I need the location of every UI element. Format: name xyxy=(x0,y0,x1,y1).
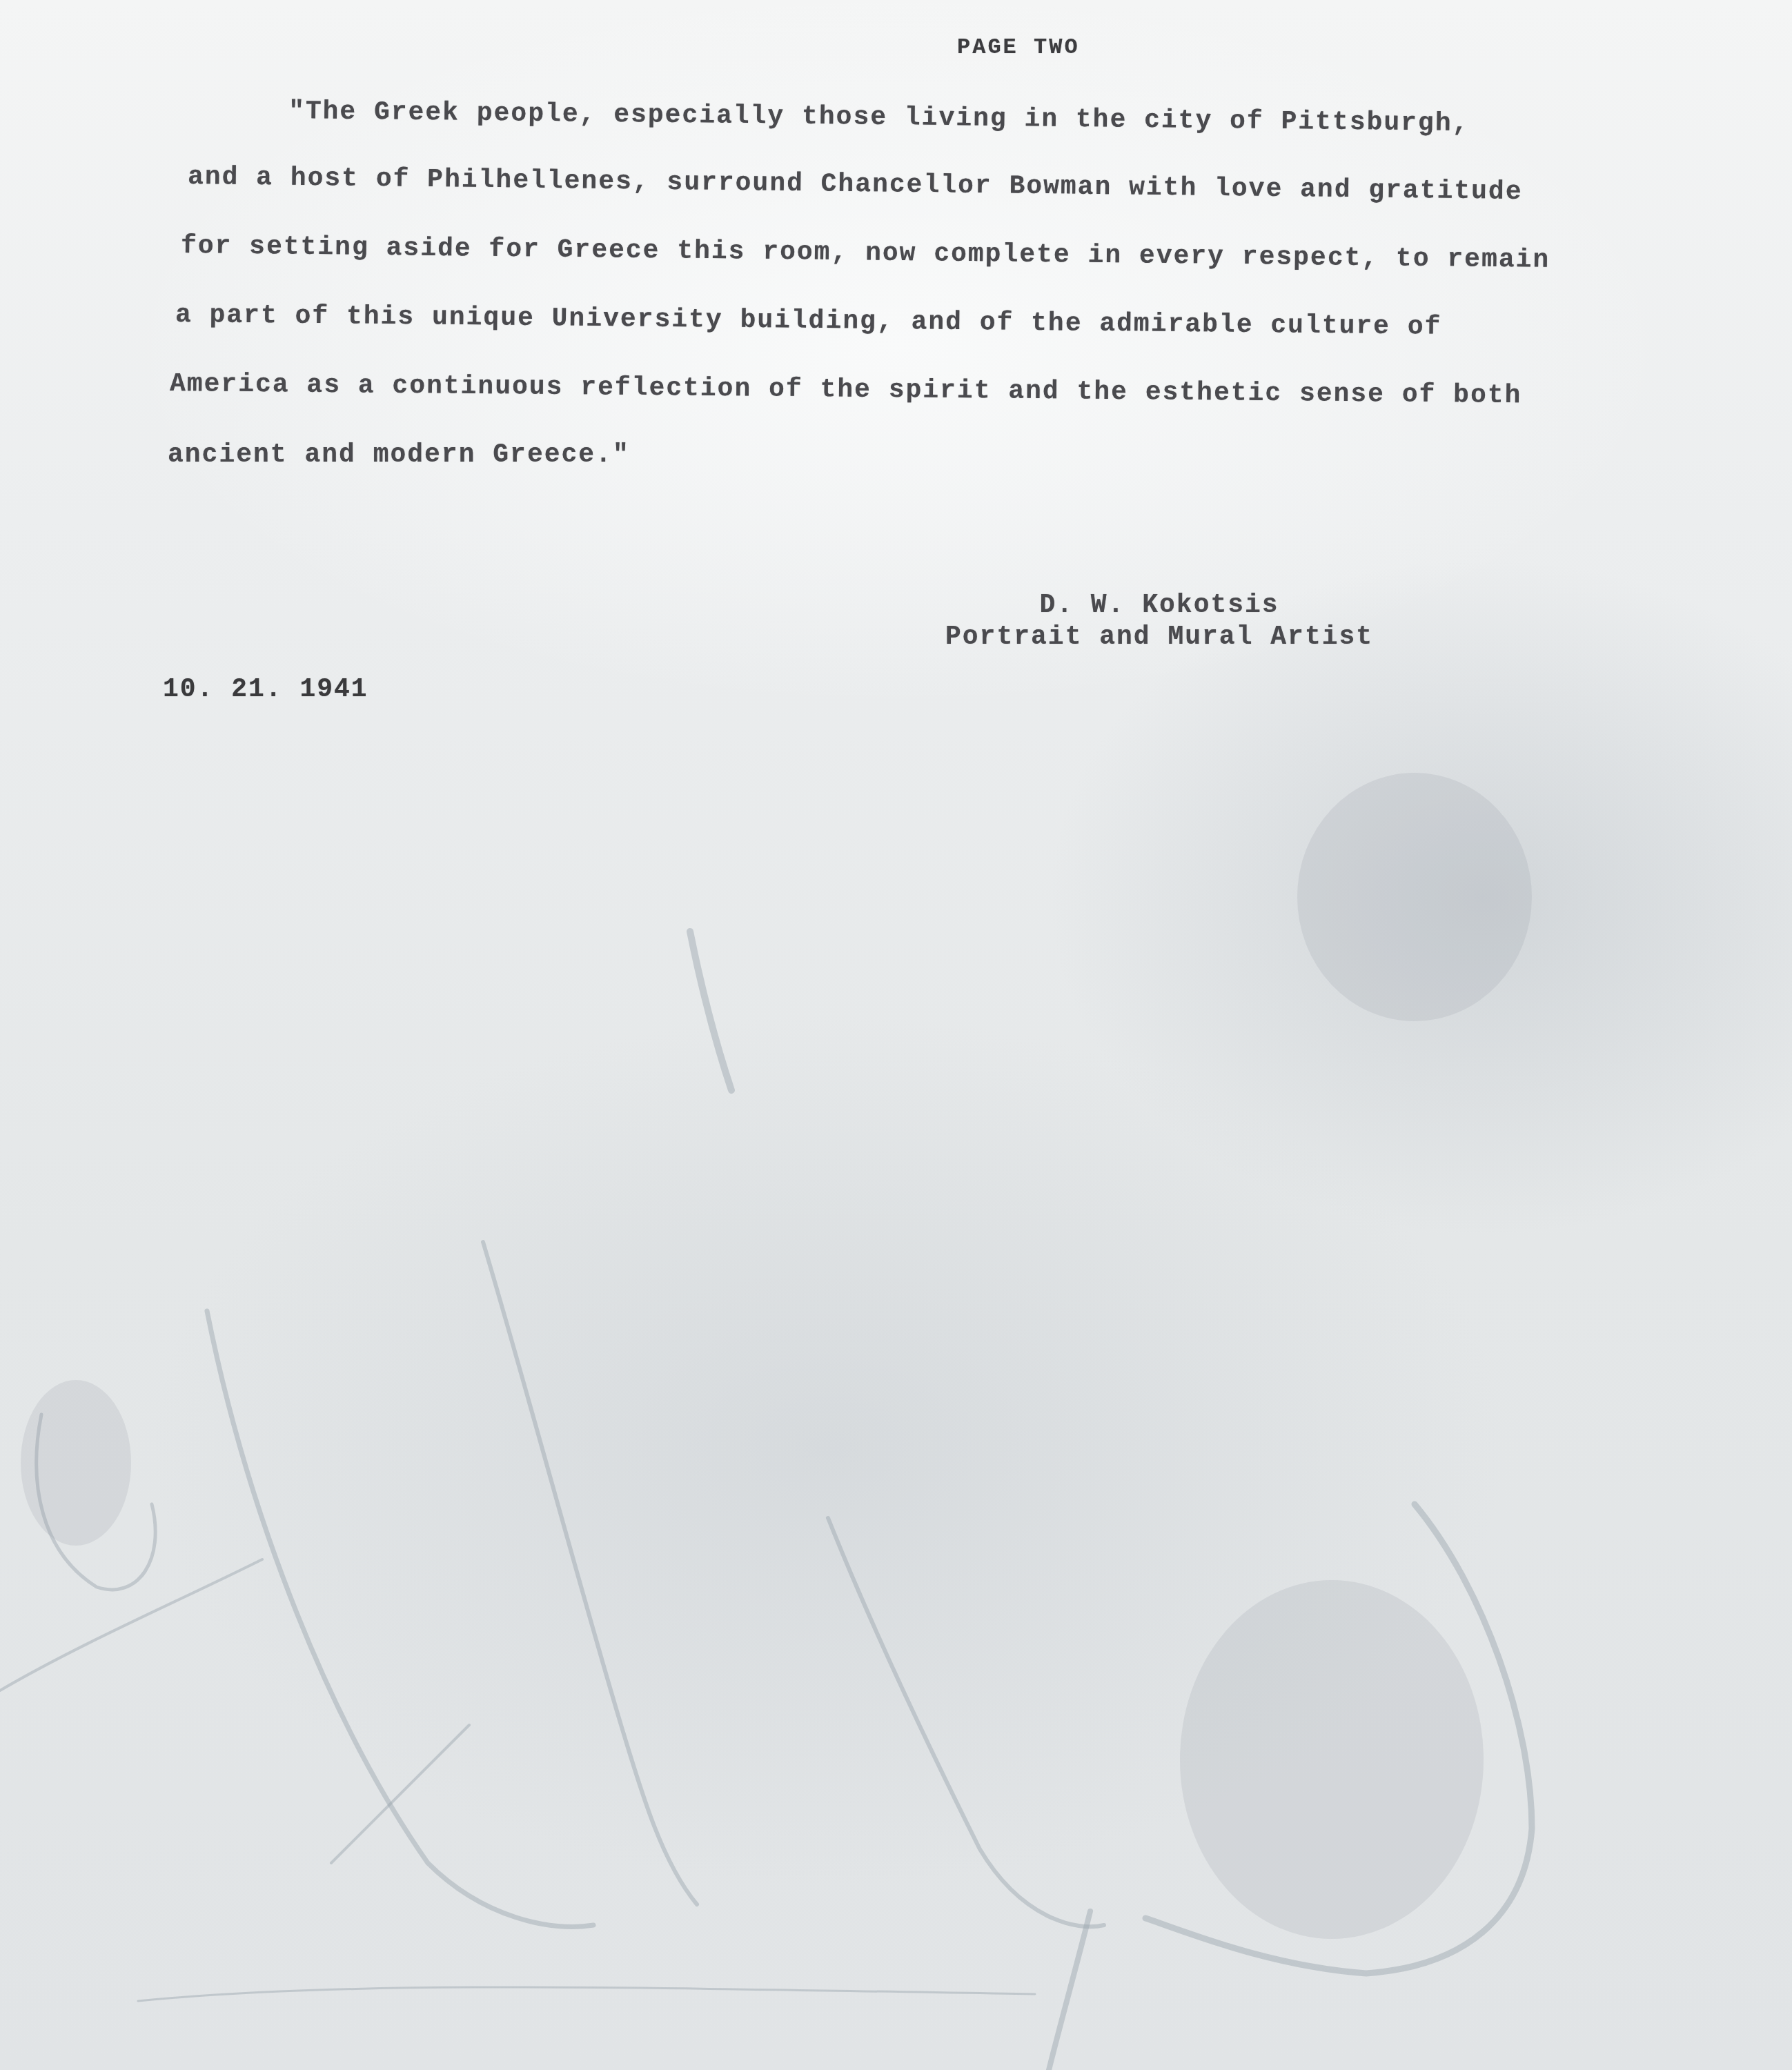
body-line: ancient and modern Greece." xyxy=(168,440,630,470)
signature-title: Portrait and Mural Artist xyxy=(945,622,1373,653)
signature-block: D. W. Kokotsis Portrait and Mural Artist xyxy=(945,590,1373,653)
document-date: 10. 21. 1941 xyxy=(163,675,368,704)
signature-name: D. W. Kokotsis xyxy=(945,590,1373,622)
page-heading: PAGE TWO xyxy=(957,34,1080,60)
